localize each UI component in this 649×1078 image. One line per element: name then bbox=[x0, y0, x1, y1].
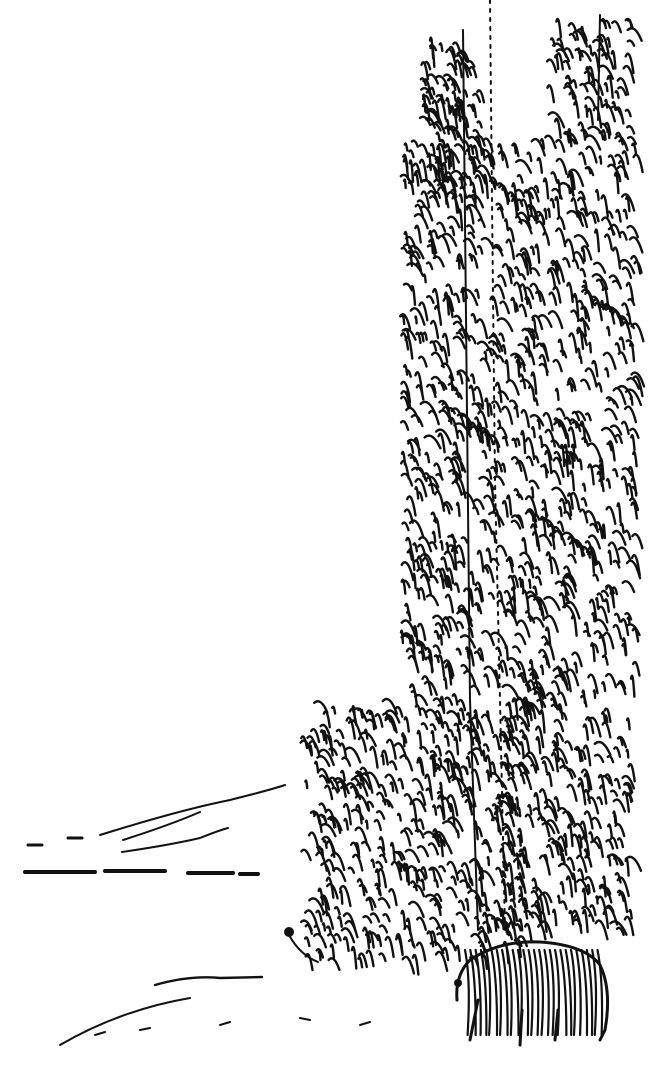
lake-shoreline bbox=[25, 838, 258, 874]
conifer-trees bbox=[301, 0, 644, 975]
bear-figure bbox=[454, 942, 608, 1045]
ink-illustration bbox=[0, 0, 649, 1078]
